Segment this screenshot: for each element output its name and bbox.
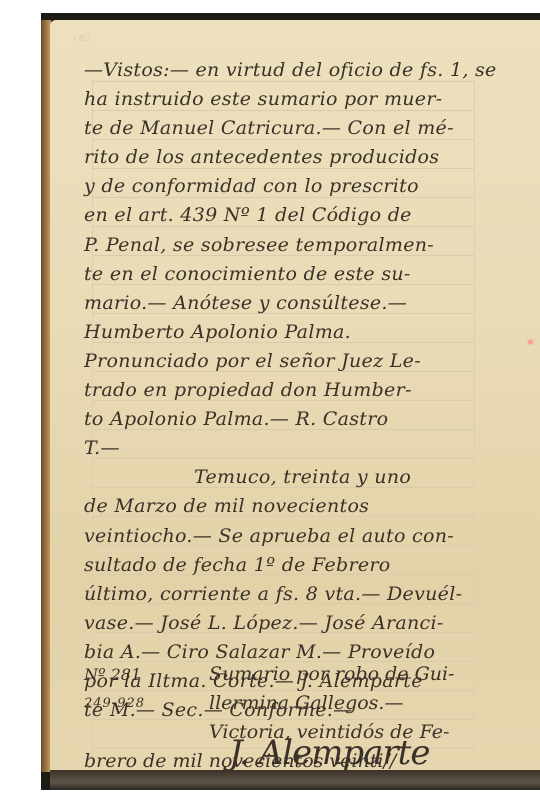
text-line: —Vistos:— en virtud del oficio de fs. 1,… xyxy=(84,56,484,85)
text-line: rito de los antecedentes producidos xyxy=(84,143,484,172)
text-line: en el art. 439 Nº 1 del Código de xyxy=(84,201,484,230)
text-line: trado en propiedad don Humber- xyxy=(84,376,484,405)
light-glare xyxy=(527,339,534,345)
text-line: T.— xyxy=(84,434,484,463)
text-line: sultado de fecha 1º de Febrero xyxy=(84,551,484,580)
image-bottom-border xyxy=(41,790,540,800)
text-line: vase.— José L. López.— José Aranci- xyxy=(84,609,484,638)
entry-header-row: Nº 281 Sumario por robo de Gui- xyxy=(84,660,494,689)
entry-header-row: 249-928 llermina Gallegos.— xyxy=(84,689,494,718)
text-line: te en el conocimiento de este su- xyxy=(84,260,484,289)
text-line: de Marzo de mil novecientos xyxy=(84,492,484,521)
text-line: último, corriente a fs. 8 vta.— Devuél- xyxy=(84,580,484,609)
text-line: y de conformidad con lo prescrito xyxy=(84,172,484,201)
text-line: ha instruido este sumario por muer- xyxy=(84,85,484,114)
folio-mark: 183 xyxy=(72,34,92,44)
text-line: Humberto Apolonio Palma. xyxy=(84,318,484,347)
next-entry: Nº 281 Sumario por robo de Gui- 249-928 … xyxy=(84,660,494,776)
text-line: Pronunciado por el señor Juez Le- xyxy=(84,347,484,376)
entry-title-line: Sumario por robo de Gui- xyxy=(209,660,454,689)
entry-title-line: llermina Gallegos.— xyxy=(209,689,403,718)
text-line: mario.— Anótese y consúltese.— xyxy=(84,289,484,318)
text-line: te de Manuel Catricura.— Con el mé- xyxy=(84,114,484,143)
entry-number: Nº 281 xyxy=(84,660,209,689)
signature-underline xyxy=(254,780,486,781)
entry-body-line: brero de mil novecientos veinti// xyxy=(84,747,494,776)
text-line: P. Penal, se sobresee temporalmen- xyxy=(84,231,484,260)
text-line: to Apolonio Palma.— R. Castro xyxy=(84,405,484,434)
entry-reference: 249-928 xyxy=(84,689,209,718)
entry-body-line: Victoria, veintidós de Fe- xyxy=(84,718,494,747)
ruling-paragraph: —Vistos:— en virtud del oficio de fs. 1,… xyxy=(84,56,484,463)
text-line: Temuco, treinta y uno xyxy=(84,463,484,492)
text-line: veintiocho.— Se aprueba el auto con- xyxy=(84,522,484,551)
